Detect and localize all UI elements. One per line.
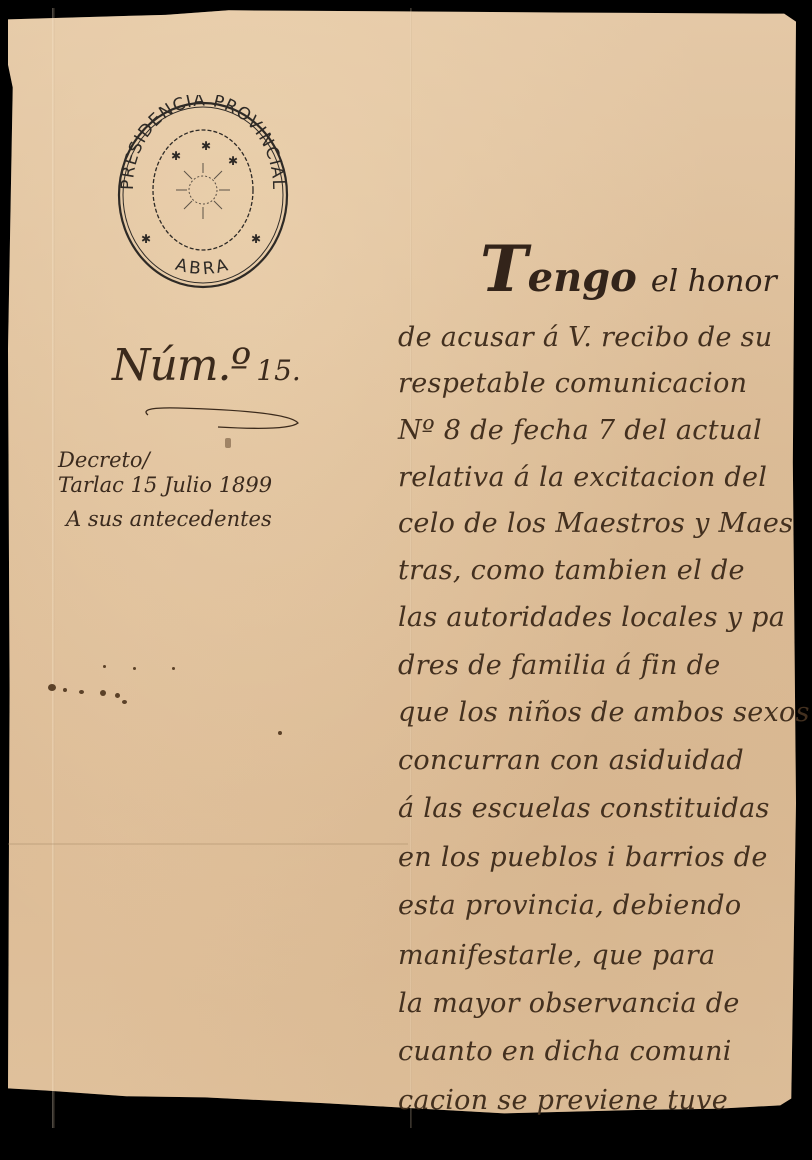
letter-line: de acusar á V. recibo de su: [398, 322, 772, 353]
letter-line: Nº 8 de fecha 7 del actual: [398, 415, 762, 446]
letter-line: celo de los Maestros y Maes: [398, 508, 793, 539]
letter-line: respetable comunicacion: [398, 368, 747, 399]
svg-text:ABRA: ABRA: [173, 255, 233, 280]
letter-line: cuanto en dicha comuni: [398, 1036, 732, 1067]
flourish-icon: [138, 405, 308, 435]
opening-word: engo: [528, 254, 637, 301]
opening-capital: T: [480, 232, 528, 307]
letter-line: en los pueblos i barrios de: [398, 842, 768, 873]
document-number: Núm.º15.: [112, 340, 301, 391]
svg-text:✱: ✱: [228, 154, 238, 168]
fold-line-horizontal: [8, 843, 408, 845]
letter-line: la mayor observancia de: [398, 988, 740, 1019]
letter-opening: Tengoel honor: [480, 232, 777, 307]
letter-line: tras, como tambien el de: [398, 555, 745, 586]
svg-text:✱: ✱: [141, 232, 151, 246]
svg-text:✱: ✱: [171, 149, 181, 163]
fold-line-left: [52, 8, 55, 1128]
letter-line: á las escuelas constituidas: [398, 793, 770, 824]
svg-text:✱: ✱: [251, 232, 261, 246]
letter-line: esta provincia, debiendo: [398, 890, 741, 921]
letter-line: manifestarle, que para: [398, 940, 715, 971]
letter-line: relativa á la excitacion del: [398, 462, 767, 493]
letter-line: cacion se previene tuve: [398, 1085, 728, 1116]
stamp-seal-icon: PRESIDENCIA PROVINCIAL ABRA ✱✱✱ ✱✱: [113, 95, 293, 290]
official-stamp: PRESIDENCIA PROVINCIAL ABRA ✱✱✱ ✱✱: [113, 95, 293, 290]
letter-line: dres de familia á fin de: [398, 650, 720, 681]
svg-text:✱: ✱: [201, 139, 211, 153]
letter-line: concurran con asiduidad: [398, 745, 744, 776]
letter-line: las autoridades locales y pa: [398, 602, 785, 633]
opening-rest: el honor: [651, 264, 777, 299]
letter-line: que los niños de ambos sexos: [398, 697, 810, 728]
number-label: Núm.º: [112, 340, 250, 391]
marginal-line: A sus antecedentes: [66, 502, 272, 536]
number-value: 15.: [256, 354, 301, 387]
marginal-line: Tarlac 15 Julio 1899: [58, 468, 272, 502]
